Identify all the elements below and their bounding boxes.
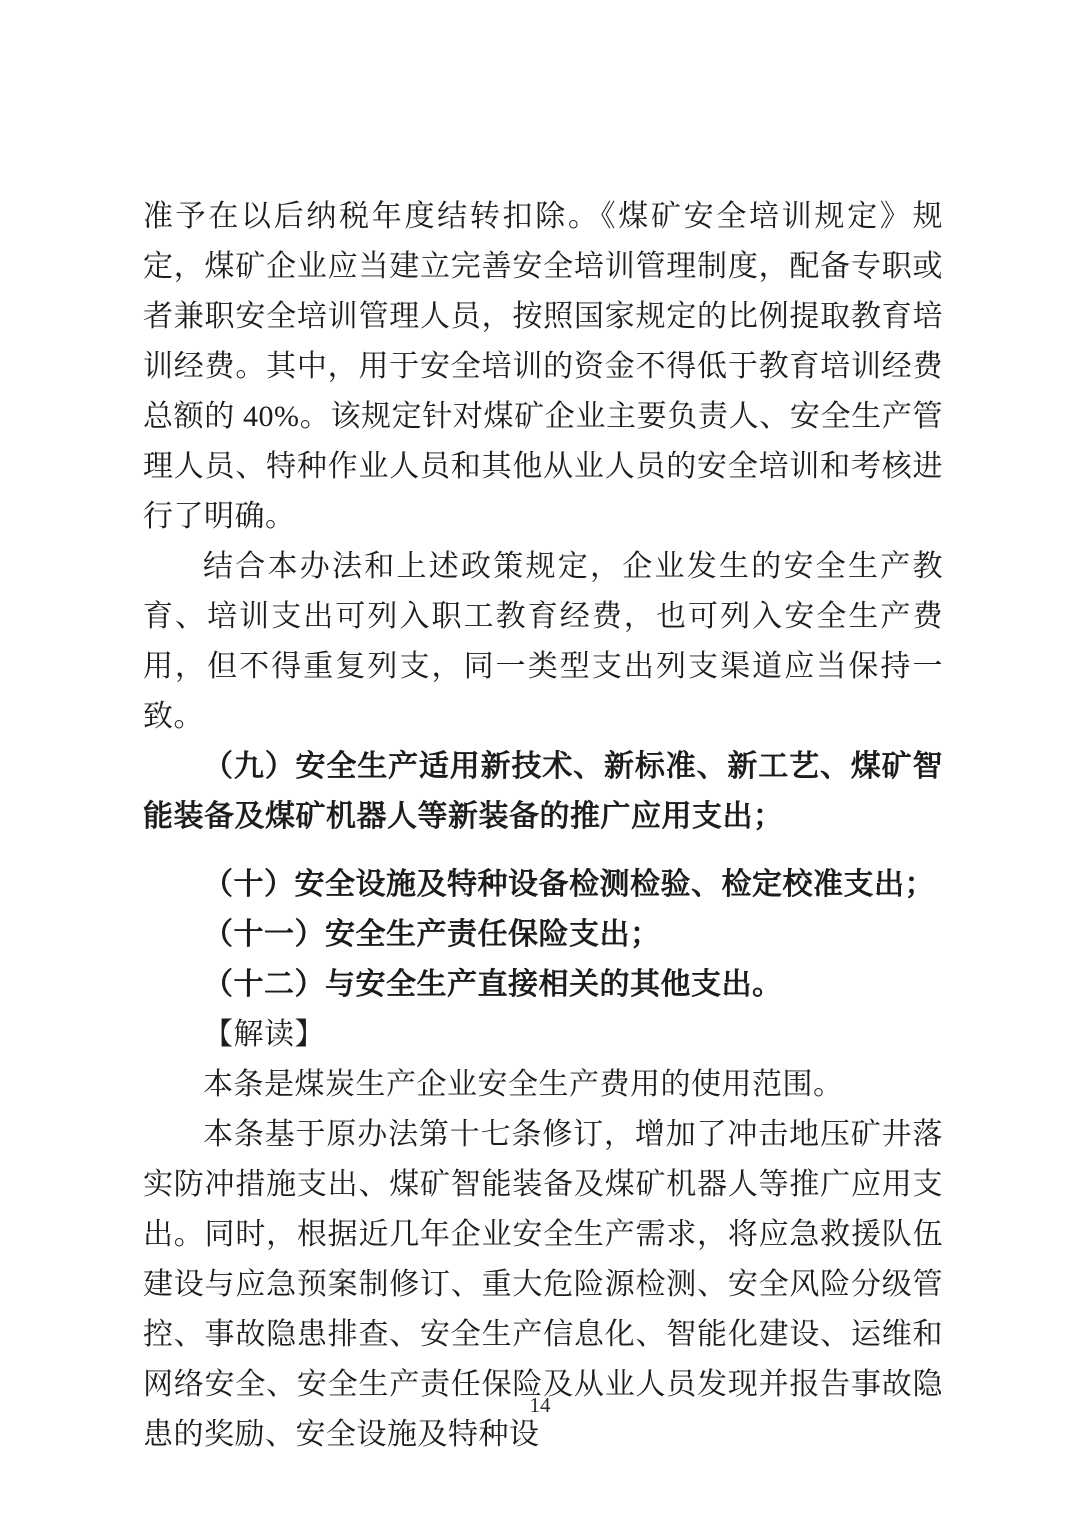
page-number: 14 [0,1392,1080,1418]
clause-item-11: （十一）安全生产责任保险支出； [143,910,943,960]
document-page: 准予在以后纳税年度结转扣除。《煤矿安全培训规定》规定，煤矿企业应当建立完善安全培… [0,0,1080,1527]
clause-item-12: （十二）与安全生产直接相关的其他支出。 [143,960,943,1010]
clause-item-9: （九）安全生产适用新技术、新标准、新工艺、煤矿智能装备及煤矿机器人等新装备的推广… [143,742,943,842]
section-label-interpretation: 【解读】 [143,1010,943,1060]
paragraph: 本条是煤炭生产企业安全生产费用的使用范围。 [143,1060,943,1110]
clause-item-10: （十）安全设施及特种设备检测检验、检定校准支出； [143,860,943,910]
document-body: 准予在以后纳税年度结转扣除。《煤矿安全培训规定》规定，煤矿企业应当建立完善安全培… [143,192,943,1460]
paragraph-continuation: 准予在以后纳税年度结转扣除。《煤矿安全培训规定》规定，煤矿企业应当建立完善安全培… [143,192,943,542]
paragraph: 结合本办法和上述政策规定，企业发生的安全生产教育、培训支出可列入职工教育经费，也… [143,542,943,742]
